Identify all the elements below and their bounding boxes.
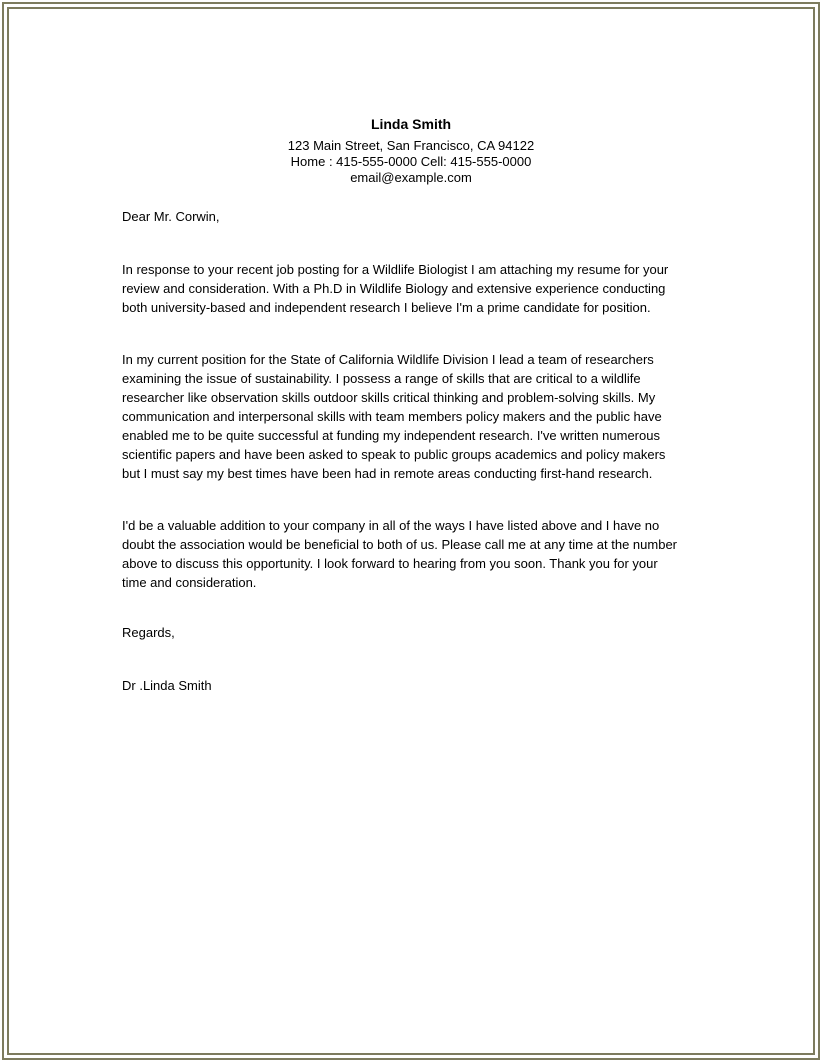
letter-page: Linda Smith 123 Main Street, San Francis… [0, 0, 822, 1062]
sender-address: 123 Main Street, San Francisco, CA 94122 [0, 138, 822, 154]
signature: Dr .Linda Smith [122, 676, 822, 695]
letter-content: Linda Smith 123 Main Street, San Francis… [0, 9, 822, 695]
body-paragraph-3: I'd be a valuable addition to your compa… [122, 516, 762, 592]
sender-email: email@example.com [0, 170, 822, 186]
body-paragraph-2: In my current position for the State of … [122, 350, 762, 483]
letterhead: Linda Smith 123 Main Street, San Francis… [0, 9, 822, 186]
sender-phone: Home : 415-555-0000 Cell: 415-555-0000 [0, 154, 822, 170]
closing: Regards, [122, 623, 822, 642]
sender-name: Linda Smith [0, 114, 822, 134]
salutation: Dear Mr. Corwin, [122, 207, 822, 226]
body-paragraph-1: In response to your recent job posting f… [122, 260, 762, 317]
